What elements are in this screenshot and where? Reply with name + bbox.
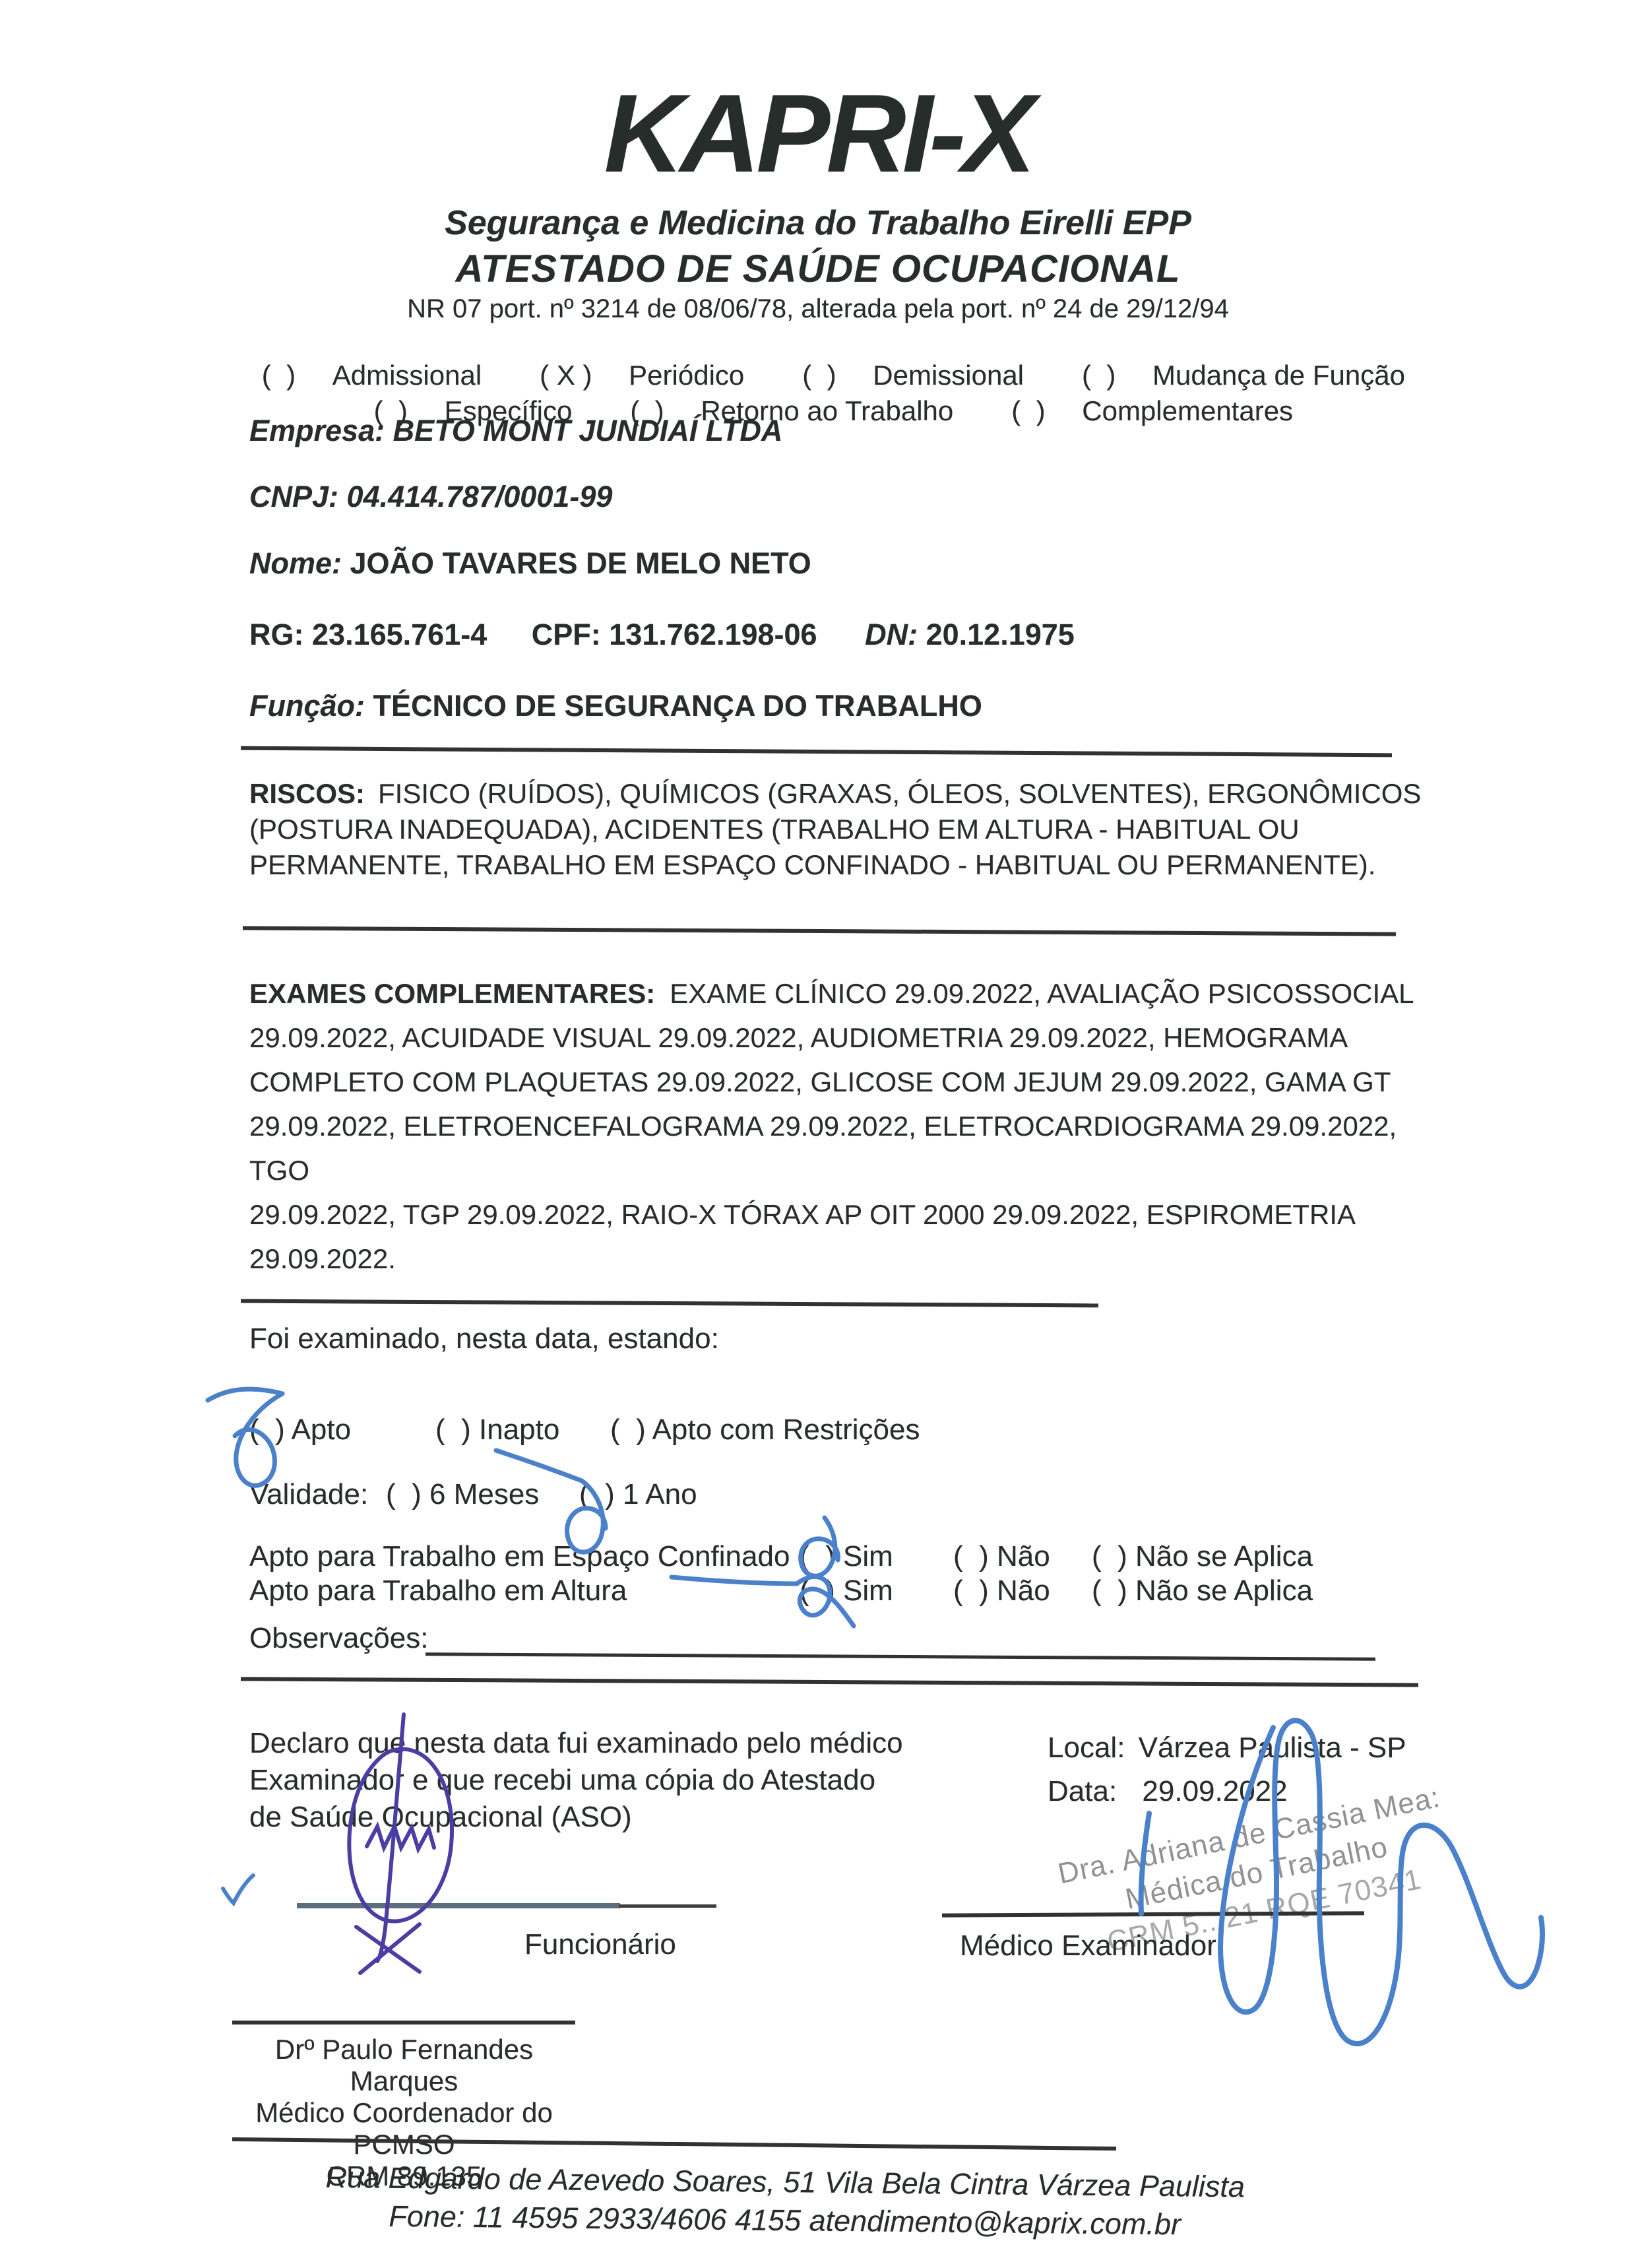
data-value: 29.09.2022 [1142, 1775, 1287, 1807]
funcao-value: TÉCNICO DE SEGURANÇA DO TRABALHO [373, 689, 982, 723]
document-title: ATESTADO DE SAÚDE OCUPACIONAL [0, 247, 1636, 291]
funcionario-signature-line [297, 1903, 620, 1908]
cnpj-value: 04.414.787/0001-99 [347, 480, 613, 513]
exames-label: EXAMES COMPLEMENTARES: [249, 978, 655, 1009]
exames-line: 29.09.2022, ELETROENCEFALOGRAMA 29.09.20… [249, 1104, 1457, 1192]
nome-label: Nome: [249, 546, 342, 580]
data-label: Data: [1048, 1775, 1117, 1807]
nome-line: Nome: JOÃO TAVARES DE MELO NETO [249, 546, 811, 581]
option-6-meses: ( ) 6 Meses [386, 1478, 539, 1511]
footer-block: Rua Edgardo de Azevedo Soares, 51 Vila B… [224, 2157, 1346, 2246]
option-apto-restricoes: ( ) Apto com Restrições [610, 1413, 920, 1446]
rg-cpf-dn-line: RG: 23.165.761-4 CPF: 131.762.198-06 DN:… [249, 618, 1075, 652]
cnpj-label: CNPJ: [249, 480, 338, 513]
company-subtitle: Segurança e Medicina do Trabalho Eirelli… [0, 203, 1636, 243]
handwritten-check-margin [223, 1875, 253, 1903]
apt-row-confinado-label: Apto para Trabalho em Espaço Confinado [249, 1540, 790, 1573]
exames-line: 29.09.2022, TGP 29.09.2022, RAIO-X TÓRAX… [249, 1192, 1457, 1237]
horizontal-rule-1 [241, 746, 1392, 758]
declaration-text: Declaro que nesta data fui examinado pel… [249, 1725, 903, 1836]
confinado-sim: ( ) Sim [800, 1540, 893, 1573]
altura-sim: ( ) Sim [800, 1574, 893, 1607]
validade-label: Validade: [249, 1478, 368, 1511]
checkbox-complementares: ( ) Complementares [997, 395, 1307, 426]
riscos-line: RISCOS:FISICO (RUÍDOS), QUÍMICOS (GRAXAS… [249, 776, 1437, 812]
riscos-line: PERMANENTE, TRABALHO EM ESPAÇO CONFINADO… [249, 847, 1437, 883]
brand-logo-text: KAPRI-X [0, 78, 1636, 189]
apt-row-altura-label: Apto para Trabalho em Altura [249, 1574, 627, 1607]
rg-label: RG: [249, 618, 304, 651]
riscos-line: (POSTURA INADEQUADA), ACIDENTES (TRABALH… [249, 812, 1437, 847]
funcionario-label: Funcionário [524, 1928, 676, 1961]
riscos-section: RISCOS:FISICO (RUÍDOS), QUÍMICOS (GRAXAS… [249, 776, 1437, 883]
data-line: Data: 29.09.2022 [1048, 1775, 1288, 1808]
cpf-label: CPF: [532, 618, 601, 651]
local-line: Local: Várzea Paulista - SP [1048, 1732, 1406, 1765]
horizontal-rule-3 [241, 1299, 1098, 1308]
dn-label: DN: [865, 618, 918, 651]
checkbox-glyph: ( ) [1011, 395, 1045, 426]
empresa-value: BETO MONT JUNDIAÍ LTDA [393, 414, 783, 447]
exames-line: 29.09.2022. [249, 1237, 1457, 1281]
option-inapto: ( ) Inapto [435, 1413, 559, 1446]
observacoes-blank-line [425, 1652, 1375, 1661]
coordenador-line [232, 2021, 575, 2025]
checkbox-label: Complementares [1082, 395, 1293, 426]
aso-document-page: KAPRI-X Segurança e Medicina do Trabalho… [0, 0, 1636, 2268]
riscos-label: RISCOS: [249, 778, 365, 809]
exames-line: EXAMES COMPLEMENTARES:EXAME CLÍNICO 29.0… [249, 971, 1457, 1016]
funcao-label: Função: [249, 689, 365, 723]
cnpj-line: CNPJ: 04.414.787/0001-99 [249, 480, 612, 514]
exam-type-row-2: ( ) Específico( ) Retorno ao Trabalho( )… [0, 364, 1636, 459]
local-value: Várzea Paulista - SP [1139, 1732, 1406, 1764]
result-intro: Foi examinado, nesta data, estando: [249, 1322, 719, 1355]
option-1-ano: ( ) 1 Ano [579, 1478, 697, 1511]
option-apto: ( ) Apto [249, 1413, 351, 1446]
empresa-label: Empresa: [249, 414, 385, 447]
exames-line: COMPLETO COM PLAQUETAS 29.09.2022, GLICO… [249, 1060, 1457, 1104]
empresa-line: Empresa: BETO MONT JUNDIAÍ LTDA [249, 414, 782, 448]
horizontal-rule-2 [243, 926, 1396, 936]
coordenador-name: Drº Paulo Fernandes Marques [224, 2034, 584, 2097]
observacoes-label: Observações: [249, 1622, 428, 1655]
funcao-line: Função: TÉCNICO DE SEGURANÇA DO TRABALHO [249, 689, 982, 723]
exames-section: EXAMES COMPLEMENTARES:EXAME CLÍNICO 29.0… [249, 971, 1457, 1281]
cpf-value: 131.762.198-06 [609, 618, 817, 651]
dn-value: 20.12.1975 [926, 618, 1075, 651]
altura-nao-se-aplica: ( ) Não se Aplica [1092, 1574, 1313, 1607]
local-label: Local: [1048, 1732, 1125, 1764]
coordenador-role: Médico Coordenador do PCMSO [224, 2097, 584, 2160]
confinado-nao-se-aplica: ( ) Não se Aplica [1092, 1540, 1313, 1573]
nome-value: JOÃO TAVARES DE MELO NETO [350, 546, 811, 580]
norm-reference-line: NR 07 port. nº 3214 de 08/06/78, alterad… [0, 294, 1636, 324]
confinado-nao: ( ) Não [953, 1540, 1050, 1573]
horizontal-rule-4 [241, 1677, 1418, 1687]
altura-nao: ( ) Não [953, 1574, 1050, 1607]
exames-line: 29.09.2022, ACUIDADE VISUAL 29.09.2022, … [249, 1016, 1457, 1060]
funcionario-signature-line-end [619, 1904, 716, 1908]
medico-examinador-label: Médico Examinador [960, 1929, 1216, 1962]
rg-value: 23.165.761-4 [312, 618, 487, 651]
